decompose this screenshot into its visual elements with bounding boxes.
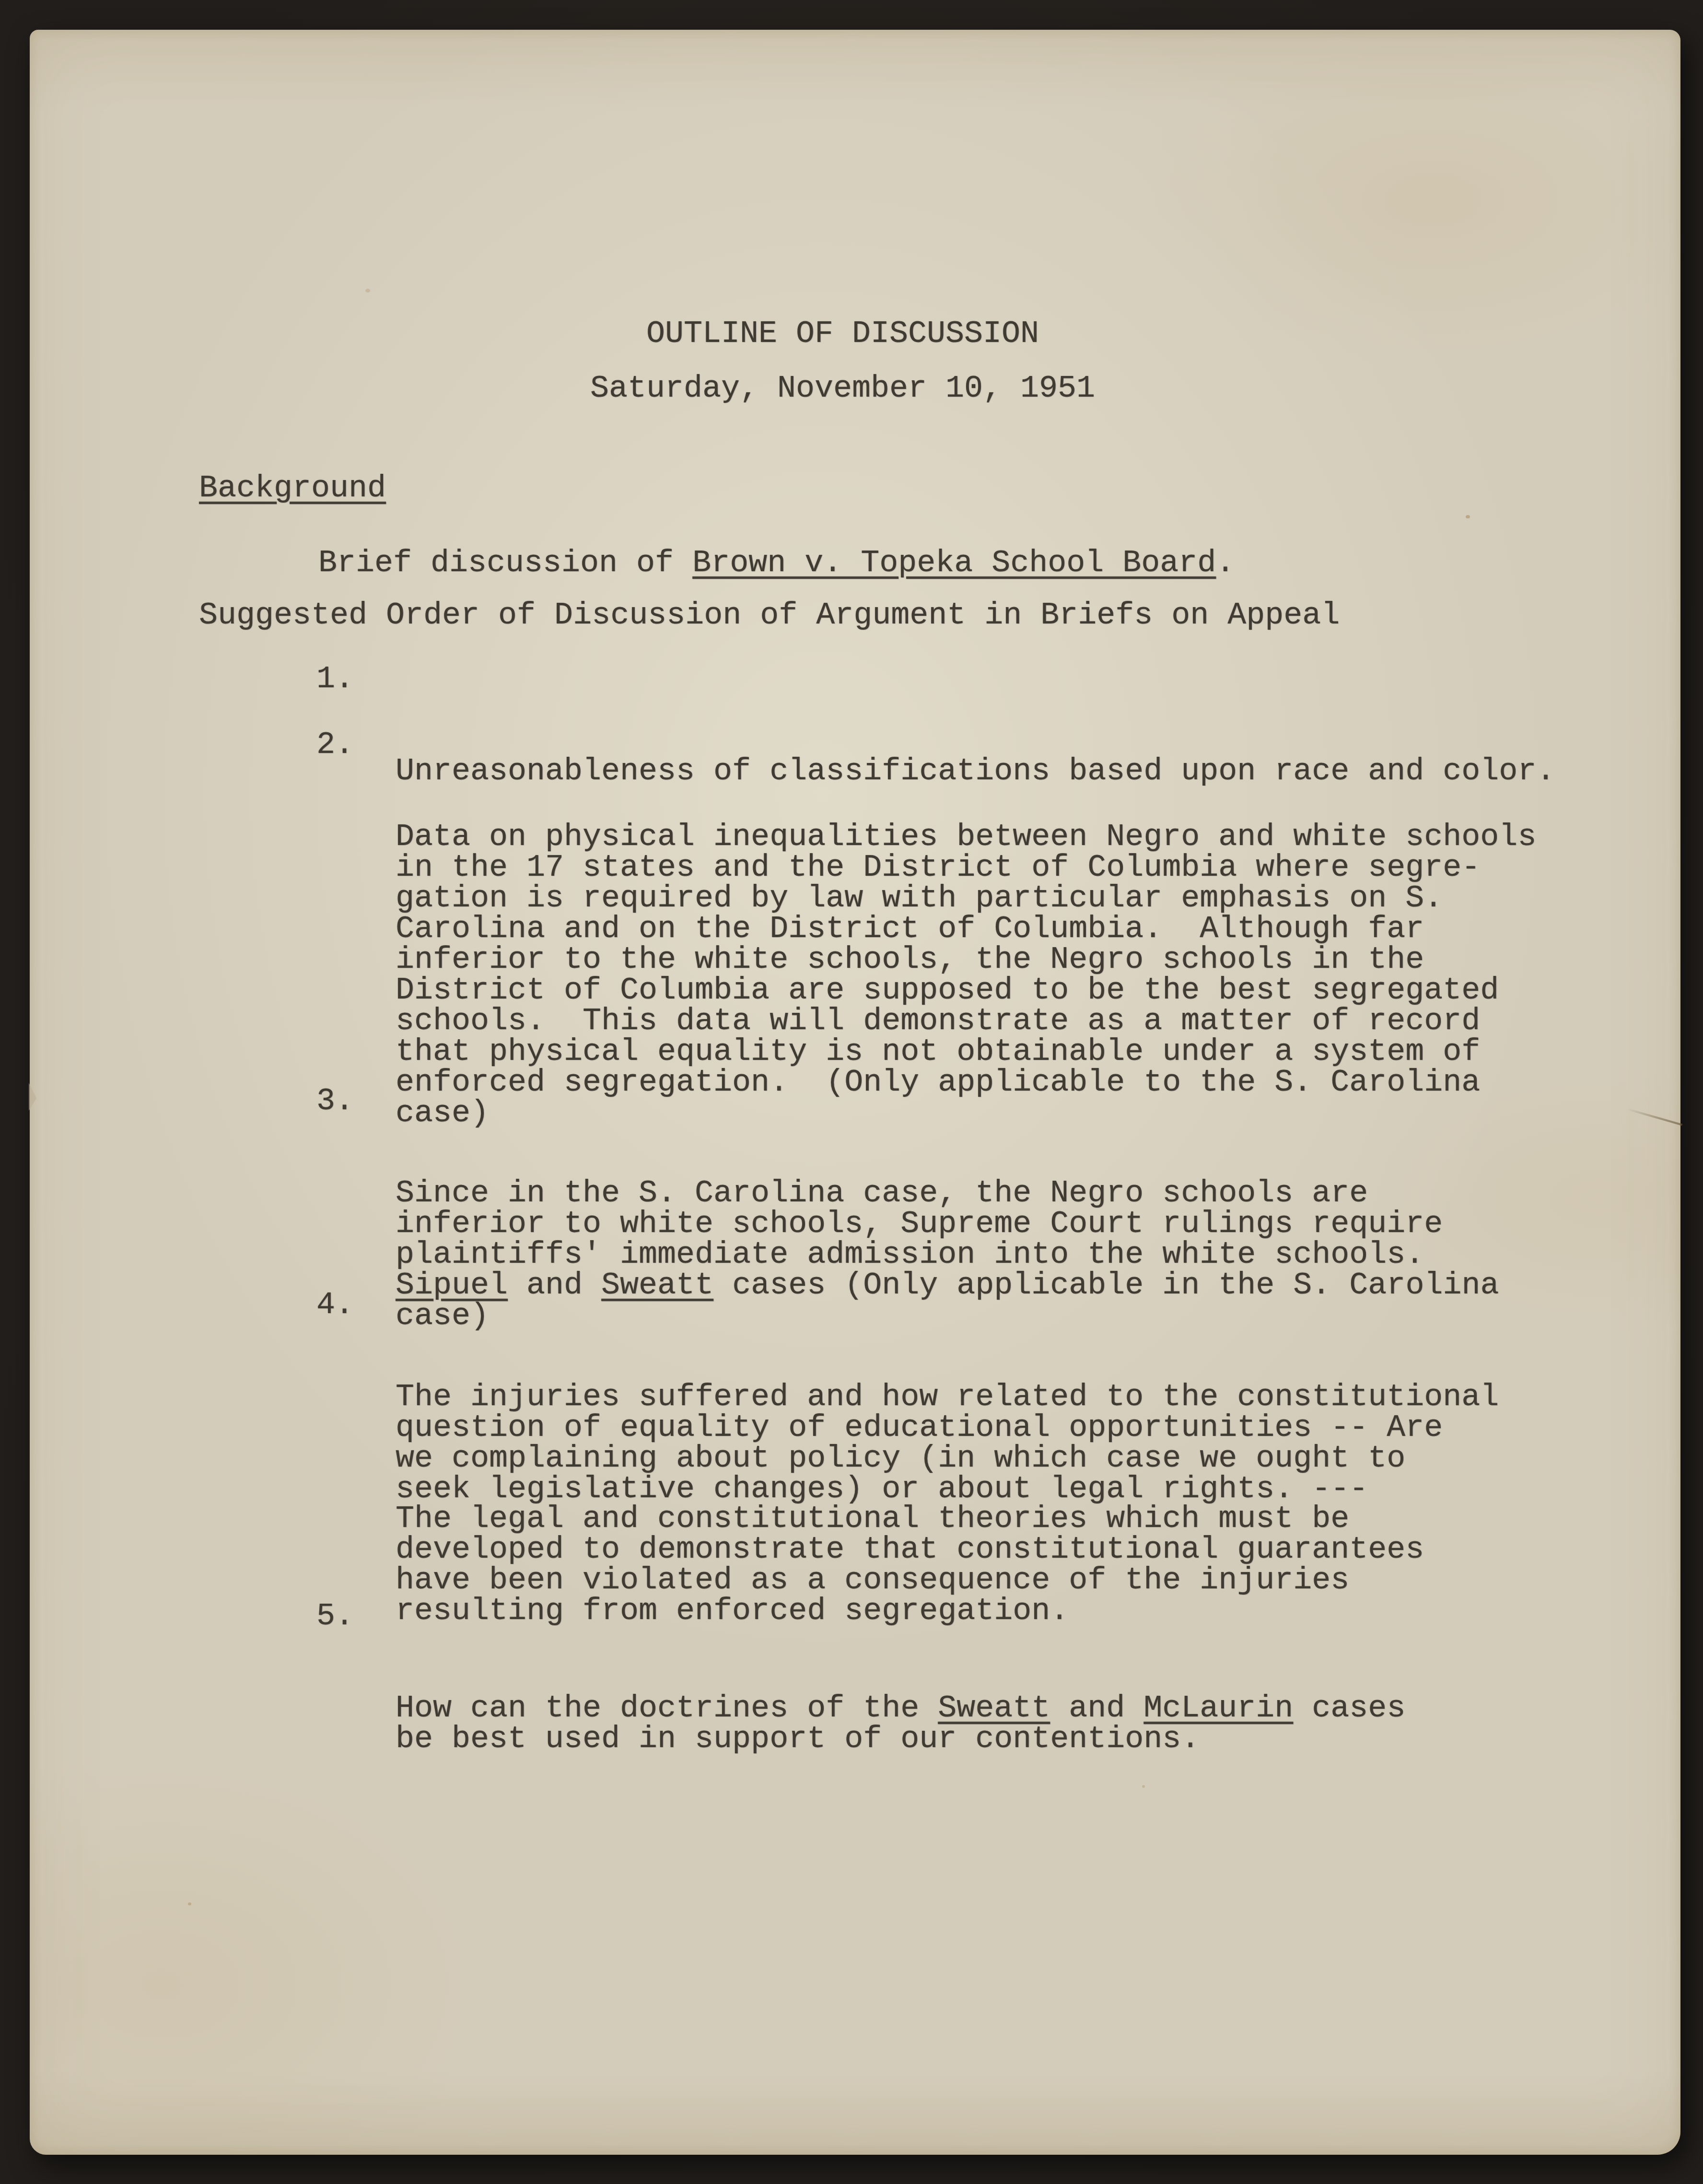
item-2-number: 2.	[316, 729, 354, 760]
case-name: Brown v. Topeka School Board	[692, 545, 1216, 581]
item-5-number: 5.	[316, 1601, 354, 1632]
text-segment: be best used in support of our contentio…	[396, 1721, 1200, 1757]
text-line: plaintiffs' immediate admission into the…	[396, 1239, 1680, 1270]
text-segment: How can the doctrines of the	[396, 1691, 938, 1726]
brief-prefix: Brief discussion of	[318, 545, 692, 581]
text-segment: inferior to the white schools, the Negro…	[396, 942, 1424, 977]
text-segment: developed to demonstrate that constituti…	[396, 1532, 1424, 1567]
outline-item-5: 5. How can the doctrines of the Sweatt a…	[30, 1601, 1680, 1816]
item-2-text: Data on physical inequalities between Ne…	[396, 822, 1680, 1128]
document-page: OUTLINE OF DISCUSSION Saturday, November…	[30, 30, 1680, 2155]
text-segment: plaintiffs' immediate admission into the…	[396, 1237, 1424, 1272]
text-line: have been violated as a consequence of t…	[396, 1565, 1680, 1596]
text-line: be best used in support of our contentio…	[396, 1724, 1680, 1754]
text-segment: The injuries suffered and how related to…	[396, 1379, 1499, 1415]
text-line: The injuries suffered and how related to…	[396, 1382, 1680, 1412]
paper-fleck	[188, 1902, 191, 1905]
text-segment: that physical equality is not obtainable…	[396, 1034, 1480, 1069]
suggested-order-line: Suggested Order of Discussion of Argumen…	[199, 600, 1340, 631]
text-line: The legal and constitutional theories wh…	[396, 1503, 1680, 1534]
item-3-number: 3.	[316, 1086, 354, 1116]
item-4-number: 4.	[316, 1290, 354, 1320]
text-line: gation is required by law with particula…	[396, 883, 1680, 914]
text-line: inferior to white schools, Supreme Court…	[396, 1209, 1680, 1239]
item-5-text: How can the doctrines of the Sweatt and …	[396, 1693, 1680, 1754]
paper-fleck	[1142, 1785, 1145, 1788]
text-line: How can the doctrines of the Sweatt and …	[396, 1693, 1680, 1724]
text-segment: in the 17 states and the District of Col…	[396, 850, 1480, 885]
scanned-document-screenshot: { "meta": { "ink_color": "#3f3a32", "pap…	[0, 0, 1703, 2184]
text-segment: Data on physical inequalities between Ne…	[396, 819, 1536, 855]
text-segment: District of Columbia are supposed to be …	[396, 973, 1499, 1008]
text-line: that physical equality is not obtainable…	[396, 1036, 1680, 1067]
text-segment: cases	[1293, 1691, 1405, 1726]
text-segment: and	[1050, 1691, 1143, 1726]
text-segment: inferior to white schools, Supreme Court…	[396, 1206, 1443, 1242]
text-line: in the 17 states and the District of Col…	[396, 852, 1680, 883]
page-date: Saturday, November 10, 1951	[17, 373, 1668, 404]
text-segment: Carolina and on the District of Columbia…	[396, 911, 1424, 947]
background-heading-text: Background	[199, 470, 386, 506]
text-segment: Since in the S. Carolina case, the Negro…	[396, 1175, 1368, 1211]
underlined-case-name: McLaurin	[1143, 1691, 1293, 1726]
text-segment: The legal and constitutional theories wh…	[396, 1501, 1349, 1537]
text-line: Carolina and on the District of Columbia…	[396, 914, 1680, 944]
text-segment: schools. This data will demonstrate as a…	[396, 1003, 1480, 1039]
brief-suffix: .	[1216, 545, 1235, 581]
text-segment: have been violated as a consequence of t…	[396, 1562, 1349, 1598]
brief-discussion-line: Brief discussion of Brown v. Topeka Scho…	[318, 548, 1235, 578]
paper-fleck	[365, 289, 370, 293]
text-segment: question of equality of educational oppo…	[396, 1410, 1443, 1445]
background-heading: Background	[199, 473, 386, 504]
text-line: Since in the S. Carolina case, the Negro…	[396, 1178, 1680, 1209]
text-line: schools. This data will demonstrate as a…	[396, 1006, 1680, 1036]
text-line: developed to demonstrate that constituti…	[396, 1534, 1680, 1565]
underlined-case-name: Sweatt	[938, 1691, 1050, 1726]
item-1-number: 1.	[316, 664, 354, 694]
text-line: Data on physical inequalities between Ne…	[396, 822, 1680, 852]
paper-fleck	[1466, 515, 1470, 518]
text-line: question of equality of educational oppo…	[396, 1412, 1680, 1443]
text-line: District of Columbia are supposed to be …	[396, 975, 1680, 1006]
text-line: inferior to the white schools, the Negro…	[396, 944, 1680, 975]
page-title: OUTLINE OF DISCUSSION	[17, 318, 1668, 349]
text-segment: gation is required by law with particula…	[396, 881, 1443, 916]
